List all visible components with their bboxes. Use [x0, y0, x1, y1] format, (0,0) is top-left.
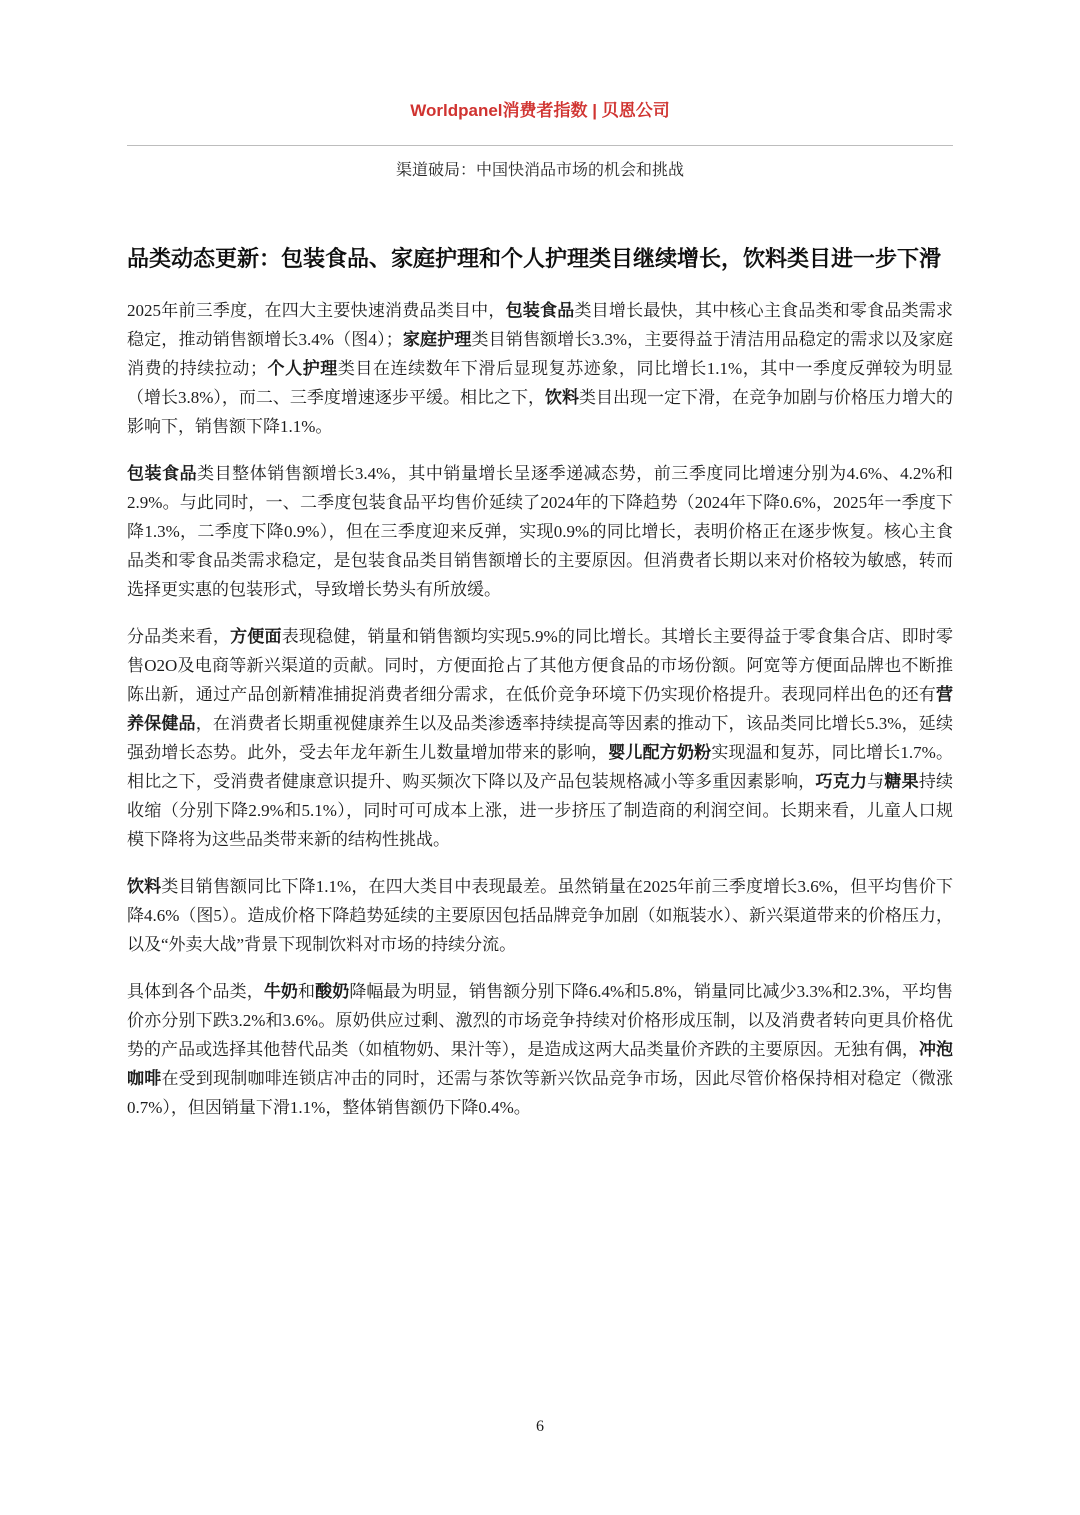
emphasis-term: 饮料 [127, 877, 161, 896]
brand-header: Worldpanel消费者指数 | 贝恩公司 [127, 0, 953, 123]
emphasis-term: 个人护理 [267, 359, 338, 378]
emphasis-term: 巧克力 [816, 772, 868, 791]
page-content: Worldpanel消费者指数 | 贝恩公司 渠道破局：中国快消品市场的机会和挑… [0, 0, 1080, 1122]
emphasis-term: 家庭护理 [403, 330, 472, 349]
article-body: 2025年前三季度，在四大主要快速消费品类目中，包装食品类目增长最快，其中核心主… [127, 296, 953, 1122]
text-run: 与 [867, 772, 884, 791]
paragraph-dairy-coffee: 具体到各个品类，牛奶和酸奶降幅最为明显，销售额分别下降6.4%和5.8%，销量同… [127, 977, 953, 1122]
emphasis-term: 饮料 [545, 388, 579, 407]
emphasis-term: 牛奶 [264, 982, 298, 1001]
paragraph-overview: 2025年前三季度，在四大主要快速消费品类目中，包装食品类目增长最快，其中核心主… [127, 296, 953, 441]
text-run: 具体到各个品类， [127, 982, 264, 1001]
document-page: Worldpanel消费者指数 | 贝恩公司 渠道破局：中国快消品市场的机会和挑… [0, 0, 1080, 1515]
page-number: 6 [0, 1418, 1080, 1436]
text-run: 和 [298, 982, 315, 1001]
paragraph-beverage: 饮料类目销售额同比下降1.1%，在四大类目中表现最差。虽然销量在2025年前三季… [127, 872, 953, 959]
emphasis-term: 糖果 [884, 772, 918, 791]
emphasis-term: 包装食品 [127, 464, 197, 483]
emphasis-term: 包装食品 [506, 301, 575, 320]
text-run: 类目整体销售额增长3.4%，其中销量增长呈逐季递减态势，前三季度同比增速分别为4… [127, 464, 953, 599]
text-run: 2025年前三季度，在四大主要快速消费品类目中， [127, 301, 506, 320]
report-title: 渠道破局：中国快消品市场的机会和挑战 [127, 160, 953, 182]
paragraph-packaged-food: 包装食品类目整体销售额增长3.4%，其中销量增长呈逐季递减态势，前三季度同比增速… [127, 459, 953, 604]
text-run: 类目销售额同比下降1.1%，在四大类目中表现最差。虽然销量在2025年前三季度增… [127, 877, 953, 954]
header-divider [127, 145, 953, 146]
emphasis-term: 婴儿配方奶粉 [608, 743, 711, 762]
emphasis-term: 酸奶 [315, 982, 349, 1001]
text-run: 分品类来看， [127, 627, 230, 646]
paragraph-subcategories: 分品类来看，方便面表现稳健，销量和销售额均实现5.9%的同比增长。其增长主要得益… [127, 622, 953, 854]
text-run: 在受到现制咖啡连锁店冲击的同时，还需与茶饮等新兴饮品竞争市场，因此尽管价格保持相… [127, 1069, 953, 1117]
emphasis-term: 方便面 [230, 627, 282, 646]
section-heading: 品类动态更新：包装食品、家庭护理和个人护理类目继续增长，饮料类目进一步下滑 [127, 244, 953, 274]
